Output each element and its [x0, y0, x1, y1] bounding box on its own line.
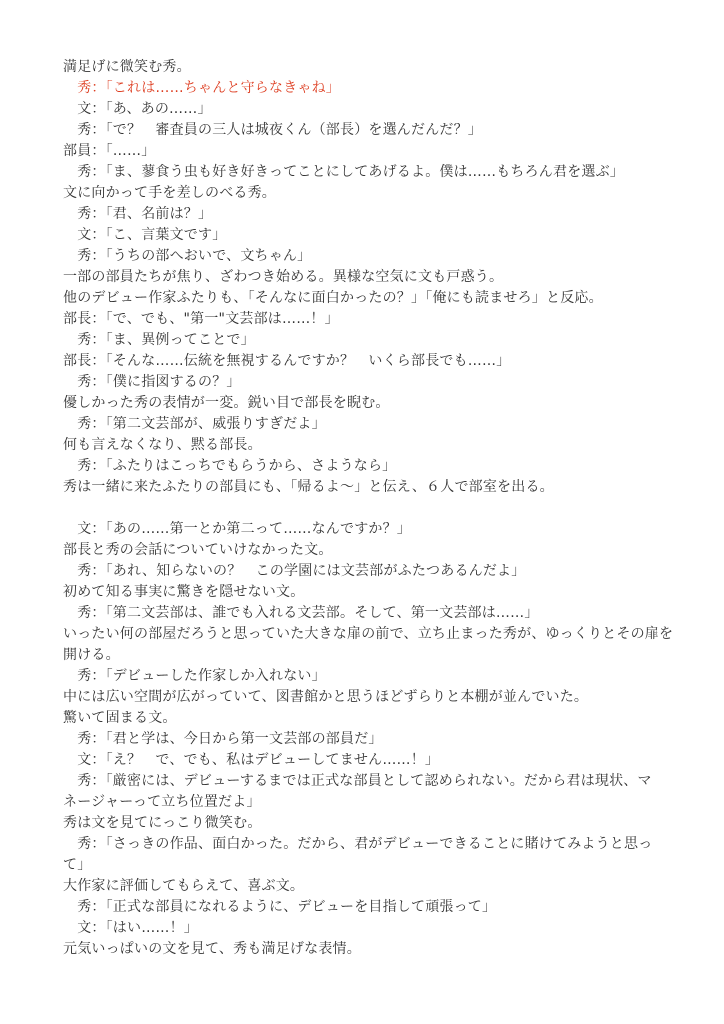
script-line: 驚いて固まる文。 — [63, 708, 667, 729]
script-line: 大作家に評価してもらえて、喜ぶ文。 — [63, 876, 667, 897]
script-line: 中には広い空間が広がっていて、図書館かと思うほどずらりと本棚が並んでいた。 — [63, 687, 667, 708]
script-line: 文：「こ、言葉文です」 — [63, 225, 667, 246]
script-line: 満足げに微笑む秀。 — [63, 57, 667, 78]
script-line: 優しかった秀の表情が一変。鋭い目で部長を睨む。 — [63, 393, 667, 414]
script-line: て」 — [63, 855, 667, 876]
script-line: 秀：「正式な部員になれるように、デビューを目指して頑張って」 — [63, 897, 667, 918]
script-line: いったい何の部屋だろうと思っていた大きな扉の前で、立ち止まった秀が、ゆっくりとそ… — [63, 624, 667, 645]
script-line: 元気いっぱいの文を見て、秀も満足げな表情。 — [63, 939, 667, 960]
script-line: ネージャーって立ち位置だよ」 — [63, 792, 667, 813]
script-line: 開ける。 — [63, 645, 667, 666]
script-line: 秀：「デビューした作家しか入れない」 — [63, 666, 667, 687]
script-line: 文：「はい……！」 — [63, 918, 667, 939]
script-line: 秀：「第二文芸部が、威張りすぎだよ」 — [63, 414, 667, 435]
script-line: 秀：「ま、蓼食う虫も好き好きってことにしてあげるよ。僕は……もちろん君を選ぶ」 — [63, 162, 667, 183]
script-line: 秀：「うちの部へおいで、文ちゃん」 — [63, 246, 667, 267]
script-line: 部長：「そんな……伝統を無視するんですか？ いくら部長でも……」 — [63, 351, 667, 372]
script-line: 文に向かって手を差しのべる秀。 — [63, 183, 667, 204]
script-line: 何も言えなくなり、黙る部長。 — [63, 435, 667, 456]
script-line: 秀：「第二文芸部は、誰でも入れる文芸部。そして、第一文芸部は……」 — [63, 603, 667, 624]
script-line: 秀：「これは……ちゃんと守らなきゃね」 — [63, 78, 667, 99]
script-text-block: 満足げに微笑む秀。 秀：「これは……ちゃんと守らなきゃね」 文：「あ、あの……」… — [63, 57, 667, 960]
script-line: 秀は一緒に来たふたりの部員にも、「帰るよ〜」と伝え、６人で部室を出る。 — [63, 477, 667, 498]
script-line: 文：「あ、あの……」 — [63, 99, 667, 120]
script-line: 秀：「ま、異例ってことで」 — [63, 330, 667, 351]
script-line: 秀：「厳密には、デビューするまでは正式な部員として認められない。だから君は現状、… — [63, 771, 667, 792]
script-line: 秀：「あれ、知らないの？ この学園には文芸部がふたつあるんだよ」 — [63, 561, 667, 582]
script-line: 部長と秀の会話についていけなかった文。 — [63, 540, 667, 561]
blank-line — [63, 498, 667, 519]
script-line: 文：「え？ で、でも、私はデビューしてません……！」 — [63, 750, 667, 771]
script-line: 文：「あの……第一とか第二って……なんですか？」 — [63, 519, 667, 540]
document-page: 満足げに微笑む秀。 秀：「これは……ちゃんと守らなきゃね」 文：「あ、あの……」… — [0, 0, 724, 1024]
script-line: 秀：「ふたりはこっちでもらうから、さようなら」 — [63, 456, 667, 477]
script-line: 部員：「……」 — [63, 141, 667, 162]
script-line: 一部の部員たちが焦り、ざわつき始める。異様な空気に文も戸惑う。 — [63, 267, 667, 288]
script-line: 秀：「僕に指図するの？」 — [63, 372, 667, 393]
script-line: 秀：「さっきの作品、面白かった。だから、君がデビューできることに賭けてみようと思… — [63, 834, 667, 855]
script-line: 秀：「君、名前は？」 — [63, 204, 667, 225]
script-line: 秀：「で？ 審査員の三人は城夜くん（部長）を選んだんだ？」 — [63, 120, 667, 141]
script-line: 秀：「君と学は、今日から第一文芸部の部員だ」 — [63, 729, 667, 750]
script-line: 他のデビュー作家ふたりも、「そんなに面白かったの？」「俺にも読ませろ」と反応。 — [63, 288, 667, 309]
script-line: 部長：「で、でも、"第一"文芸部は……！」 — [63, 309, 667, 330]
script-line: 初めて知る事実に驚きを隠せない文。 — [63, 582, 667, 603]
script-line: 秀は文を見てにっこり微笑む。 — [63, 813, 667, 834]
